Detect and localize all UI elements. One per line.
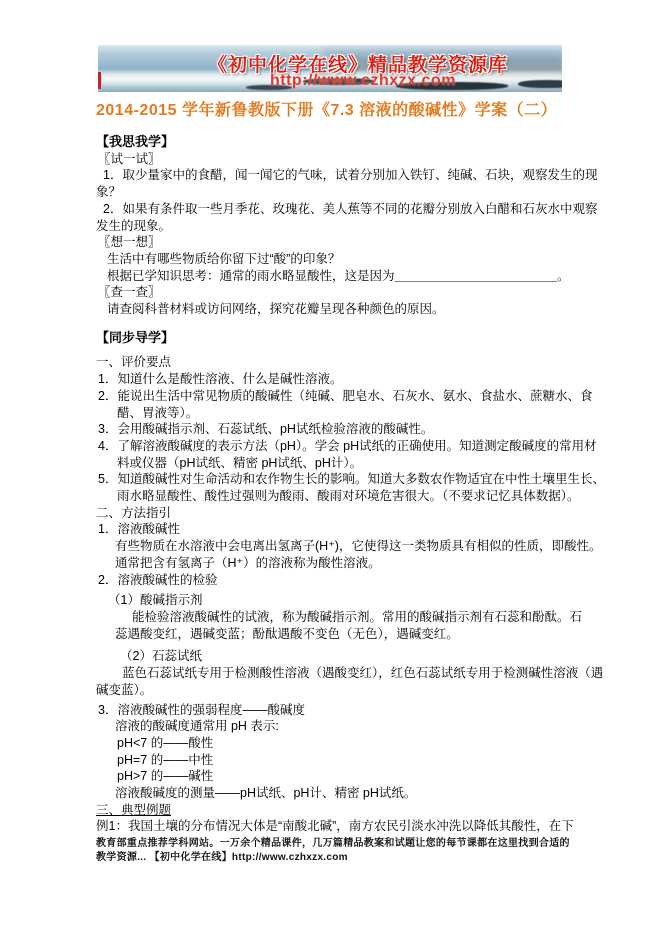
doc-line: （1）酸碱指示剂 [96, 592, 578, 609]
doc-line: 一、评价要点 [96, 354, 578, 371]
doc-line: 二、方法指引 [96, 505, 578, 522]
doc-line: 溶液的酸碱度通常用 pH 表示: [96, 718, 578, 735]
doc-line: 发生的现象。 [96, 218, 578, 235]
doc-line: 【同步导学】 [96, 330, 578, 347]
doc-line: 1．溶液酸碱性 [96, 521, 578, 538]
doc-line: 通常把含有氢离子（H⁺）的溶液称为酸性溶液。 [96, 555, 578, 572]
banner-red-mark [98, 72, 101, 89]
doc-line: 2．能说出生活中常见物质的酸碱性（纯碱、肥皂水、石灰水、氨水、食盐水、蔗糖水、食 [96, 388, 578, 405]
doc-line: 【我思我学】 [96, 134, 578, 151]
doc-line: 教学资源... 【初中化学在线】http://www.czhxzx.com [96, 851, 578, 865]
site-banner: 《初中化学在线》精品教学资源库 http://www.czhxzx.com [98, 45, 562, 92]
document-body: 【我思我学】〖试一试〗1．取少量家中的食醋，闻一闻它的气味，试着分别加入铁钉、纯… [96, 134, 578, 865]
doc-line: 碱变蓝）。 [96, 682, 578, 699]
doc-line: pH=7 的——中性 [96, 752, 578, 769]
doc-line: 1．取少量家中的食醋，闻一闻它的气味，试着分别加入铁钉、纯碱、石块，观察发生的现 [96, 167, 578, 184]
doc-line: 3．会用酸碱指示剂、石蕊试纸、pH试纸检验溶液的酸碱性。 [96, 421, 578, 438]
page-title: 2014-2015 学年新鲁教版下册《7.3 溶液的酸碱性》学案（二） [96, 97, 616, 120]
doc-line: 蓝色石蕊试纸专用于检测酸性溶液（遇酸变红），红色石蕊试纸专用于检测碱性溶液（遇 [96, 665, 578, 682]
doc-line: 3．溶液酸碱性的强弱程度——酸碱度 [96, 702, 578, 719]
doc-line: 教育部重点推荐学科网站。一万余个精品课件，几万篇精品教案和试题让您的每节课都在这… [96, 837, 578, 851]
document-page: 《初中化学在线》精品教学资源库 http://www.czhxzx.com 20… [0, 0, 661, 935]
doc-line: 例1：我国土壤的分布情况大体是“南酸北碱”，南方农民引淡水冲洗以降低其酸性，在下 [96, 818, 578, 835]
doc-line: 〖查一查〗 [96, 284, 578, 301]
doc-line: 料或仪器（pH试纸、精密 pH试纸、pH计）。 [96, 455, 578, 472]
doc-line: 4．了解溶液酸碱度的表示方法（pH）。学会 pH试纸的正确使用。知道测定酸碱度的… [96, 438, 578, 455]
doc-line: pH<7 的——酸性 [96, 735, 578, 752]
doc-line: 请查阅科普材料或访问网络，探究花瓣呈现各种颜色的原因。 [96, 301, 578, 318]
doc-line: 2．如果有条件取一些月季花、玫瑰花、美人蕉等不同的花瓣分别放入白醋和石灰水中观察 [96, 201, 578, 218]
doc-line: 生活中有哪些物质给你留下过“酸”的印象？ [96, 251, 578, 268]
doc-line: 三、典型例题 [96, 802, 578, 819]
doc-line: 根据已学知识思考：通常的雨水略显酸性，这是因为＿＿＿＿＿＿＿＿＿＿＿＿＿。 [96, 268, 578, 285]
doc-line: 雨水略显酸性、酸性过强则为酸雨、酸雨对环境危害很大。（不要求记忆具体数据）。 [96, 488, 578, 505]
banner-boat-silhouette [518, 80, 562, 88]
doc-line: 醋、胃液等）。 [96, 405, 578, 422]
doc-line: 2．溶液酸碱性的检验 [96, 572, 578, 589]
doc-line: 能检验溶液酸碱性的试液，称为酸碱指示剂。常用的酸碱指示剂有石蕊和酚酞。石 [96, 609, 578, 626]
doc-line: 溶液酸碱度的测量——pH试纸、pH计、精密 pH试纸。 [96, 785, 578, 802]
doc-line: 〖试一试〗 [96, 151, 578, 168]
doc-line: （2）石蕊试纸 [96, 648, 578, 665]
doc-line: 5．知道酸碱性对生命活动和农作物生长的影响。知道大多数农作物适宜在中性土壤里生长… [96, 471, 578, 488]
doc-line: 〖想一想〗 [96, 234, 578, 251]
doc-line: 象？ [96, 184, 578, 201]
doc-line: 蕊遇酸变红，遇碱变蓝；酚酞遇酸不变色（无色），遇碱变红。 [96, 626, 578, 643]
doc-line: 有些物质在水溶液中会电离出氢离子(H⁺)，它使得这一类物质具有相似的性质，即酸性… [96, 538, 578, 555]
doc-line: pH>7 的——碱性 [96, 768, 578, 785]
banner-site-url[interactable]: http://www.czhxzx.com [270, 72, 456, 90]
doc-line: 1．知道什么是酸性溶液、什么是碱性溶液。 [96, 371, 578, 388]
